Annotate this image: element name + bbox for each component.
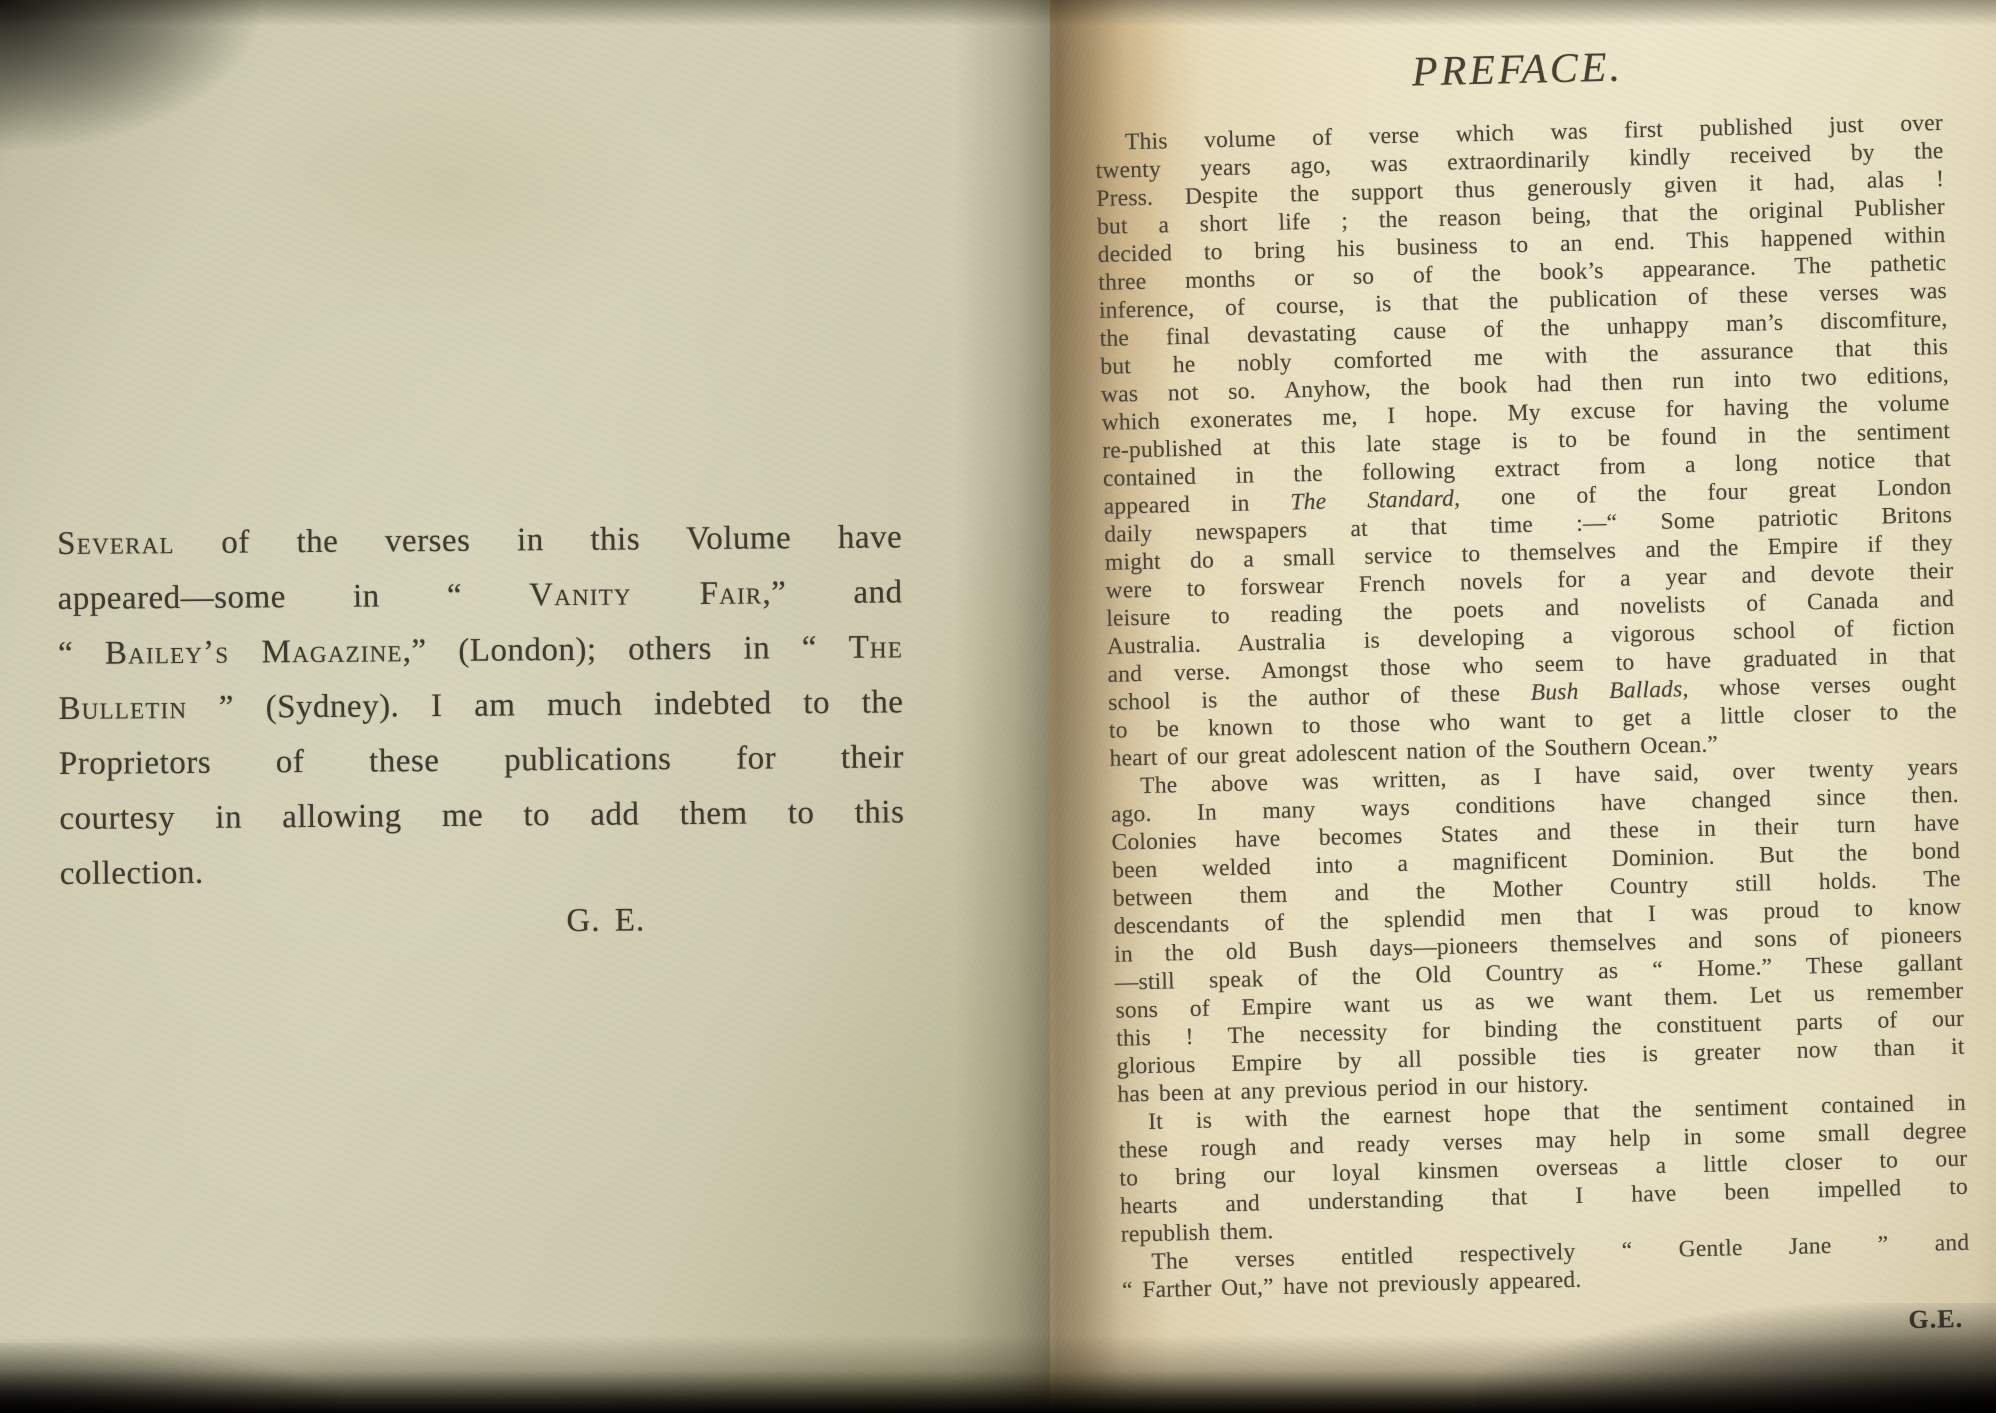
text-segment: Bulletin [58,690,187,727]
text-segment: ” (Sydney). I am much indebted to the [187,684,904,726]
text-segment: The Standard, [1290,485,1460,515]
text-line: courtesy in allowing me to add them to t… [59,785,904,847]
prefatory-note-lines: Several of the verses in this Volume hav… [57,510,905,902]
text-segment: “ [58,636,105,672]
preface-paragraph: It is with the earnest hope that the sen… [1118,1089,1969,1249]
open-book-photo: Several of the verses in this Volume hav… [0,0,1996,1413]
text-segment: Bailey’s Magazine [105,633,403,671]
text-line: appeared—some in “ Vanity Fair,” and [57,565,902,627]
text-segment: ,” and [762,574,902,611]
text-segment: ,” (London); others in “ [403,630,849,670]
text-line: Several of the verses in this Volume hav… [57,510,902,572]
text-segment: The [848,629,903,665]
preface: PREFACE. This volume of verse which was … [1093,35,1971,1353]
text-segment: courtesy in allowing me to add them to t… [59,794,904,837]
preface-paragraph: This volume of verse which was first pub… [1095,109,1958,773]
text-segment: Vanity Fair [529,575,762,613]
text-segment: Proprietors of these publications for th… [59,739,904,782]
text-line: Proprietors of these publications for th… [59,730,904,792]
text-segment: appeared—some in “ [58,577,530,617]
prefatory-note: Several of the verses in this Volume hav… [57,510,905,953]
text-segment: Several [57,525,175,562]
preface-paragraphs: This volume of verse which was first pub… [1095,109,1970,1305]
text-segment: republish them. [1120,1218,1273,1248]
preface-paragraph: The above was written, as I have said, o… [1110,753,1966,1109]
text-segment: collection. [60,855,204,892]
text-line: “ Bailey’s Magazine,” (London); others i… [58,620,903,682]
text-segment: appeared in [1103,489,1290,519]
text-segment: Bush Ballads, [1530,676,1688,706]
text-line: Bulletin ” (Sydney). I am much indebted … [58,675,903,737]
text-segment: of the verses in this Volume have [175,519,903,561]
